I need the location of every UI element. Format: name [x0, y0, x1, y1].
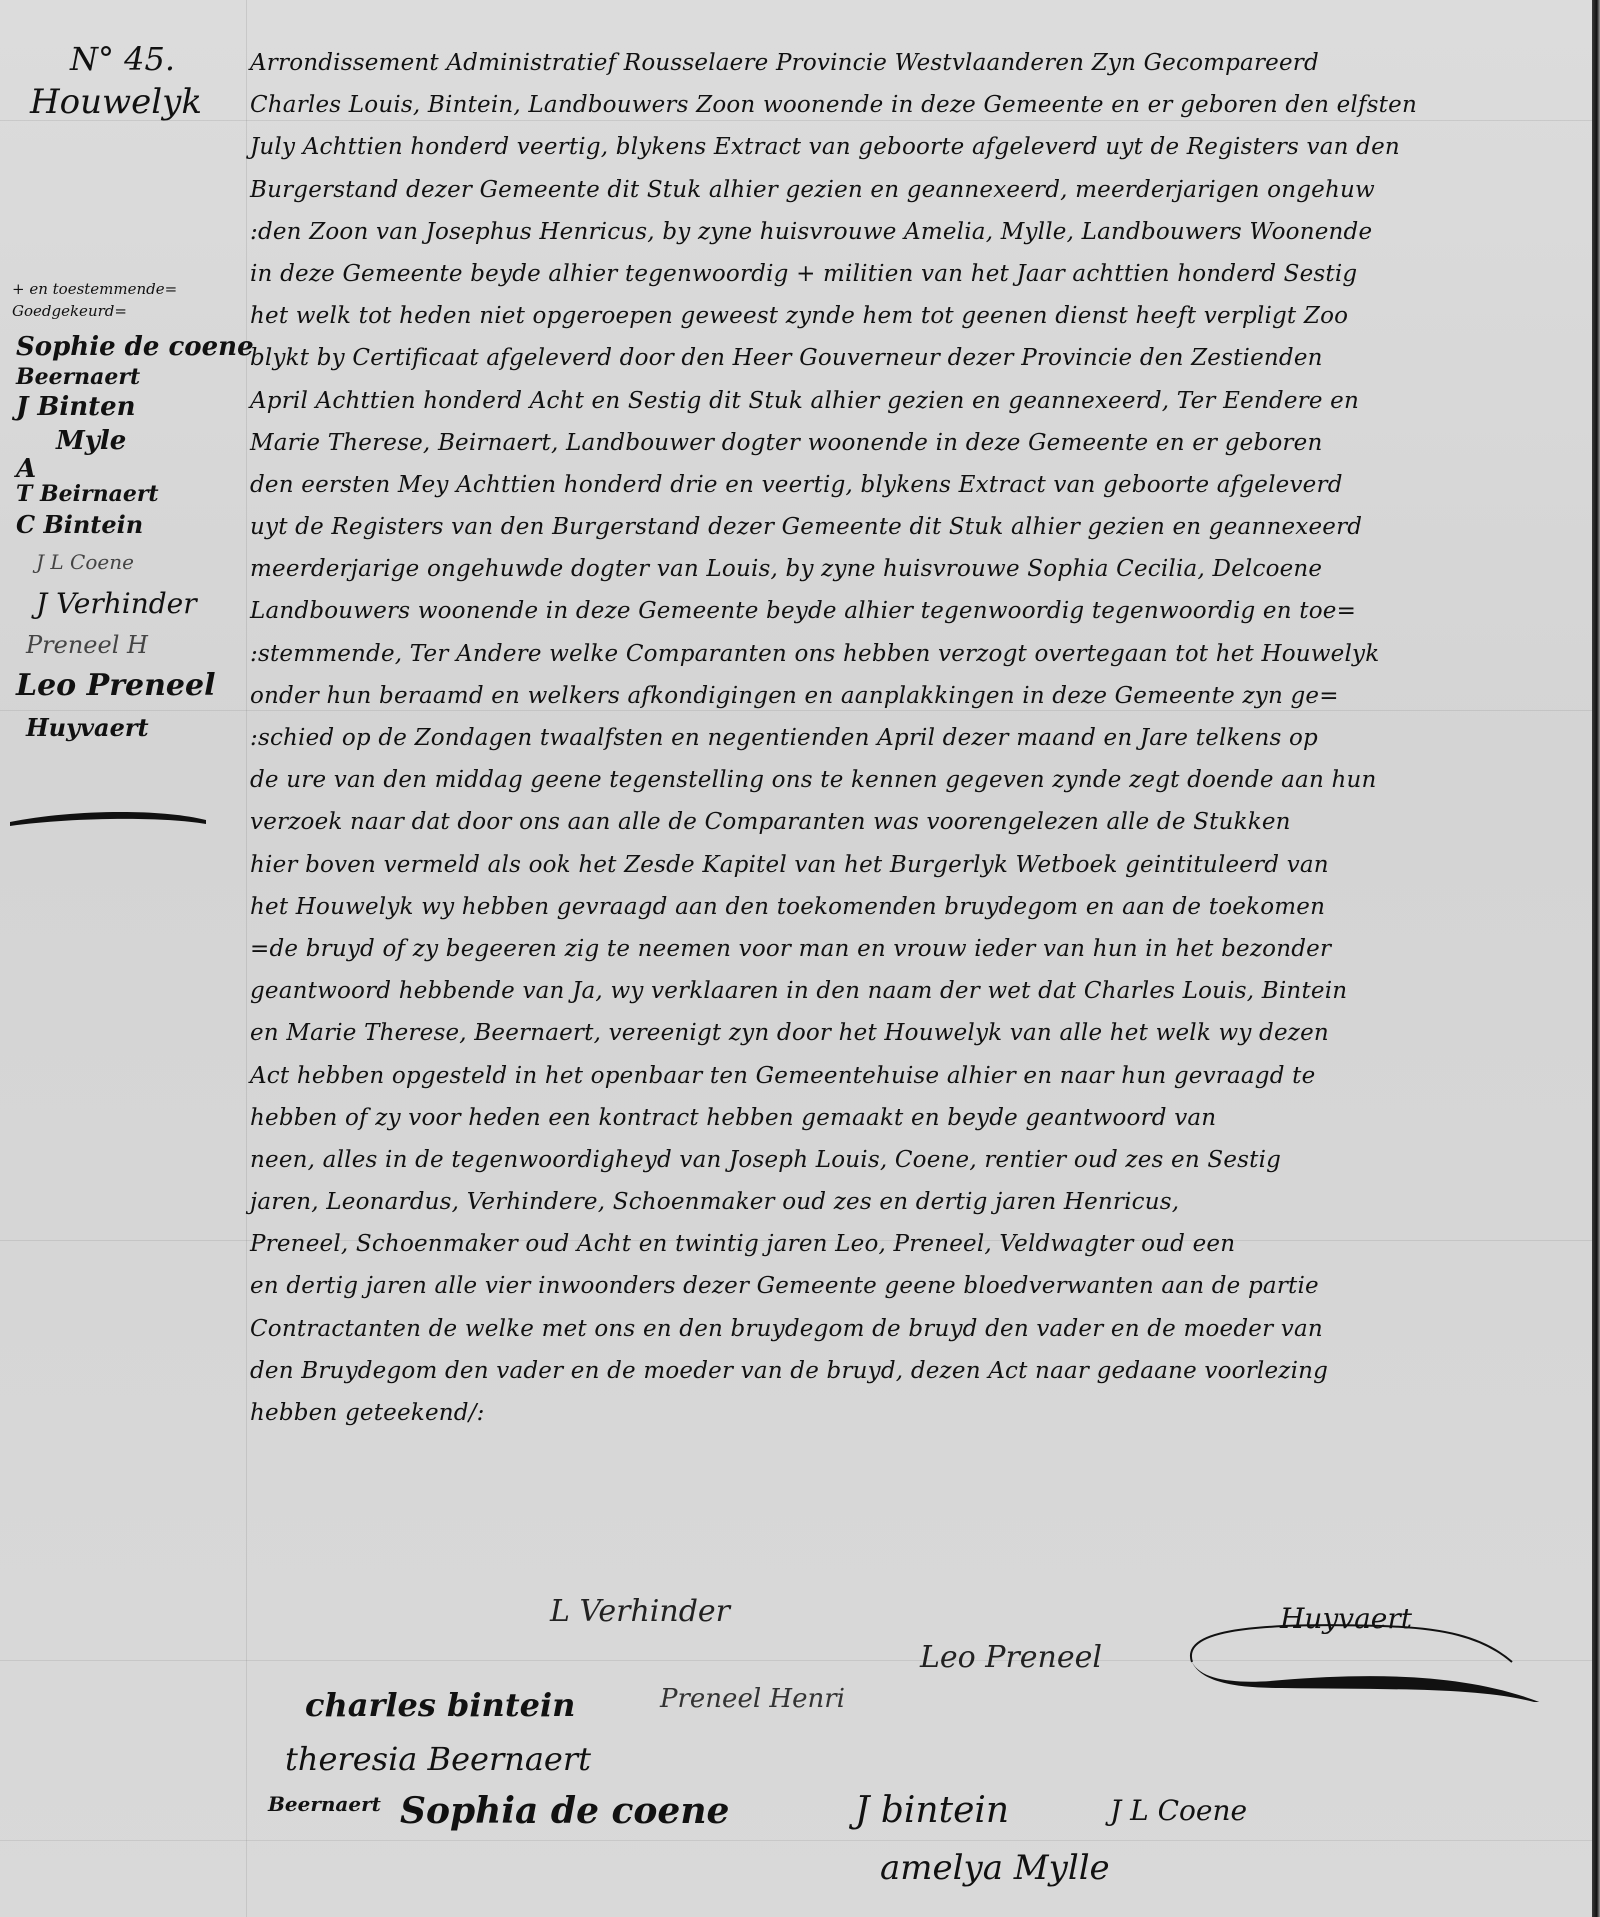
text-line: April Achttien honderd Acht en Sestig di… [250, 380, 1590, 422]
margin-signature: Beernaert [16, 364, 254, 390]
signature-verhindere: L Verhinder [550, 1594, 730, 1629]
text-line: hier boven vermeld als ook het Zesde Kap… [250, 844, 1590, 886]
text-line: :schied op de Zondagen twaalfsten en neg… [250, 717, 1590, 759]
text-line: het Houwelyk wy hebben gevraagd aan den … [250, 886, 1590, 928]
binding-edge [1592, 0, 1600, 1917]
record-body: Arrondissement Administratief Rousselaer… [250, 42, 1590, 1434]
margin-signature: J L Coene [16, 542, 254, 582]
signature-groom-mother: amelya Mylle [880, 1848, 1110, 1888]
text-line: Arrondissement Administratief Rousselaer… [250, 42, 1590, 84]
margin-signature: T Beirnaert [16, 480, 254, 508]
text-line: jaren, Leonardus, Verhindere, Schoenmake… [250, 1181, 1590, 1223]
text-line: in deze Gemeente beyde alhier tegenwoord… [250, 253, 1590, 295]
text-line: hebben geteekend/: [250, 1392, 1590, 1434]
signature-groom: charles bintein [305, 1686, 575, 1724]
margin-annotation-line: + en toestemmende= [12, 278, 177, 300]
flourish-underline [8, 790, 208, 830]
margin-signature: J Binten [16, 390, 254, 424]
text-line: Landbouwers woonende in deze Gemeente be… [250, 590, 1590, 632]
text-line: en dertig jaren alle vier inwoonders dez… [250, 1265, 1590, 1307]
text-line: July Achttien honderd veertig, blykens E… [250, 126, 1590, 168]
text-line: :den Zoon van Josephus Henricus, by zyne… [250, 211, 1590, 253]
text-line: Burgerstand dezer Gemeente dit Stuk alhi… [250, 169, 1590, 211]
text-line: Act hebben opgesteld in het openbaar ten… [250, 1055, 1590, 1097]
signature-henri-preneel: Preneel Henri [660, 1684, 845, 1714]
text-line: blykt by Certificaat afgeleverd door den… [250, 337, 1590, 379]
text-line: den eersten Mey Achttien honderd drie en… [250, 464, 1590, 506]
text-line: den Bruydegom den vader en de moeder van… [250, 1350, 1590, 1392]
text-line: onder hun beraamd en welkers afkondiging… [250, 675, 1590, 717]
text-line: geantwoord hebbende van Ja, wy verklaare… [250, 970, 1590, 1012]
margin-signature: Huyvaert [16, 708, 254, 748]
signature-bride-father: Beernaert [268, 1792, 381, 1816]
signature-coene: J L Coene [1110, 1794, 1247, 1827]
text-line: Contractanten de welke met ons en den br… [250, 1308, 1590, 1350]
text-line: meerderjarige ongehuwde dogter van Louis… [250, 548, 1590, 590]
text-line: verzoek naar dat door ons aan alle de Co… [250, 801, 1590, 843]
text-line: en Marie Therese, Beernaert, vereenigt z… [250, 1012, 1590, 1054]
register-page: N° 45. Houwelyk + en toestemmende= Goedg… [0, 0, 1600, 1917]
text-line: het welk tot heden niet opgeroepen gewee… [250, 295, 1590, 337]
signature-leo-preneel: Leo Preneel [920, 1640, 1102, 1675]
text-line: Marie Therese, Beirnaert, Landbouwer dog… [250, 422, 1590, 464]
signature-bride-mother: Sophia de coene [400, 1790, 729, 1832]
text-line: uyt de Registers van den Burgerstand dez… [250, 506, 1590, 548]
margin-annotation-line: Goedgekeurd= [12, 300, 177, 322]
record-type: Houwelyk [30, 82, 202, 122]
record-number: N° 45. [70, 40, 175, 78]
margin-annotation: + en toestemmende= Goedgekeurd= [12, 278, 177, 322]
margin-signature: Myle [16, 424, 254, 458]
text-line: Charles Louis, Bintein, Landbouwers Zoon… [250, 84, 1590, 126]
signature-bride: theresia Beernaert [285, 1740, 591, 1778]
margin-column: N° 45. Houwelyk + en toestemmende= Goedg… [0, 0, 248, 1917]
margin-signature: J Verhinder [16, 582, 254, 626]
margin-signature: A [16, 458, 254, 480]
text-line: Preneel, Schoenmaker oud Acht en twintig… [250, 1223, 1590, 1265]
margin-signature: Leo Preneel [16, 664, 254, 708]
official-signature-flourish [1182, 1622, 1562, 1702]
signature-groom-father: J bintein [855, 1790, 1009, 1831]
text-line: de ure van den middag geene tegenstellin… [250, 759, 1590, 801]
text-line: =de bruyd of zy begeeren zig te neemen v… [250, 928, 1590, 970]
margin-signature: Sophie de coene [16, 330, 254, 364]
margin-signature: C Bintein [16, 508, 254, 542]
text-line: neen, alles in de tegenwoordigheyd van J… [250, 1139, 1590, 1181]
text-line: hebben of zy voor heden een kontract heb… [250, 1097, 1590, 1139]
margin-signature: Preneel H [16, 626, 254, 664]
margin-signatures: Sophie de coene Beernaert J Binten Myle … [16, 330, 254, 748]
text-line: :stemmende, Ter Andere welke Comparanten… [250, 633, 1590, 675]
